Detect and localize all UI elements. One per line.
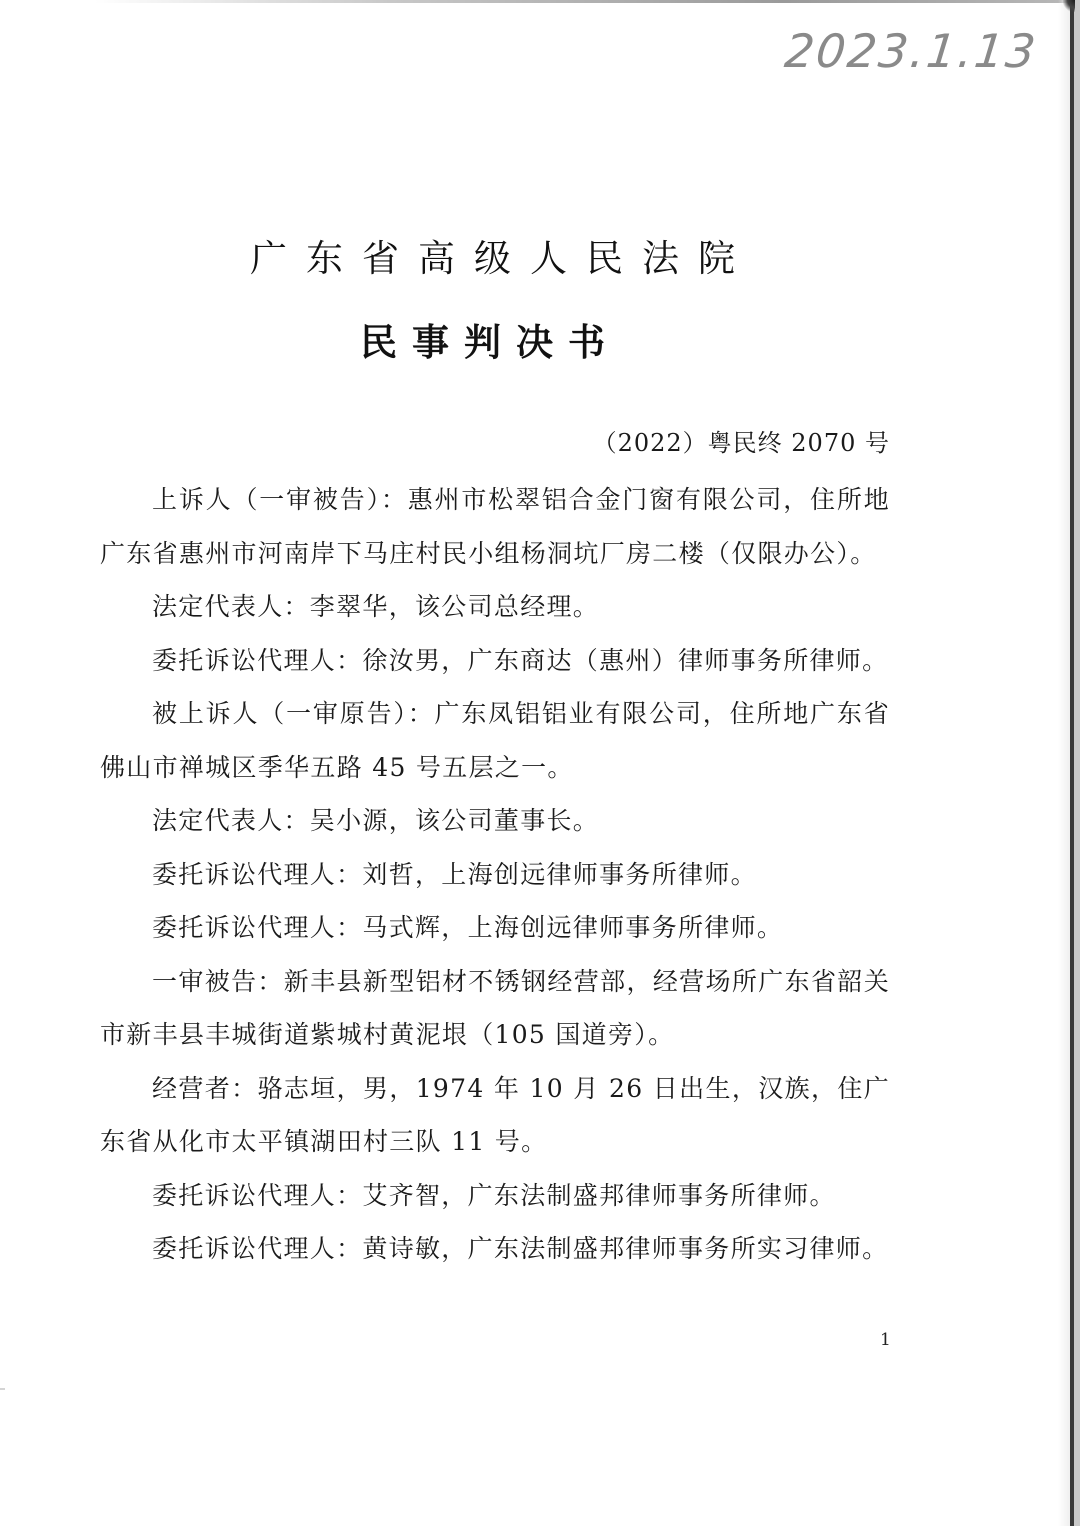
document-type-title: 民事判决书 — [360, 312, 660, 366]
scanned-document-page: 2023.1.13 广东省高级人民法院 民事判决书 （2022）粤民终 2070… — [0, 0, 1080, 1526]
page-number: 1 — [880, 1330, 891, 1350]
scan-top-edge — [95, 0, 1080, 3]
scan-right-shadow — [1058, 0, 1070, 1526]
paragraph-appellee-agent-2: 委托诉讼代理人：马式辉，上海创远律师事务所律师。 — [100, 901, 890, 955]
case-number: （2022）粤民终 2070 号 — [593, 423, 890, 458]
paragraph-appellant-agent: 委托诉讼代理人：徐汝男，广东商达（惠州）律师事务所律师。 — [100, 634, 890, 688]
paragraph-first-instance-defendant: 一审被告：新丰县新型铝材不锈钢经营部，经营场所广东省韶关市新丰县丰城街道紫城村黄… — [100, 955, 890, 1062]
paragraph-appellee: 被上诉人（一审原告）：广东凤铝铝业有限公司，住所地广东省佛山市禅城区季华五路 4… — [100, 687, 890, 794]
paragraph-defendant-agent-1: 委托诉讼代理人：艾齐智，广东法制盛邦律师事务所律师。 — [100, 1169, 890, 1223]
scan-speck — [0, 1388, 5, 1390]
paragraph-defendant-agent-2: 委托诉讼代理人：黄诗敏，广东法制盛邦律师事务所实习律师。 — [100, 1222, 890, 1276]
paragraph-appellant: 上诉人（一审被告）：惠州市松翠铝合金门窗有限公司，住所地广东省惠州市河南岸下马庄… — [100, 473, 890, 580]
court-name-heading: 广东省高级人民法院 — [250, 228, 730, 282]
handwritten-date-annotation: 2023.1.13 — [782, 24, 1040, 78]
paragraph-operator: 经营者：骆志垣，男，1974 年 10 月 26 日出生，汉族，住广东省从化市太… — [100, 1062, 890, 1169]
party-information-section: 上诉人（一审被告）：惠州市松翠铝合金门窗有限公司，住所地广东省惠州市河南岸下马庄… — [100, 473, 890, 1276]
scan-right-margin — [1074, 0, 1080, 1526]
scan-corner-mark — [1063, 0, 1075, 12]
paragraph-appellee-legal-rep: 法定代表人：吴小源，该公司董事长。 — [100, 794, 890, 848]
paragraph-appellant-legal-rep: 法定代表人：李翠华，该公司总经理。 — [100, 580, 890, 634]
paragraph-appellee-agent-1: 委托诉讼代理人：刘哲，上海创远律师事务所律师。 — [100, 848, 890, 902]
